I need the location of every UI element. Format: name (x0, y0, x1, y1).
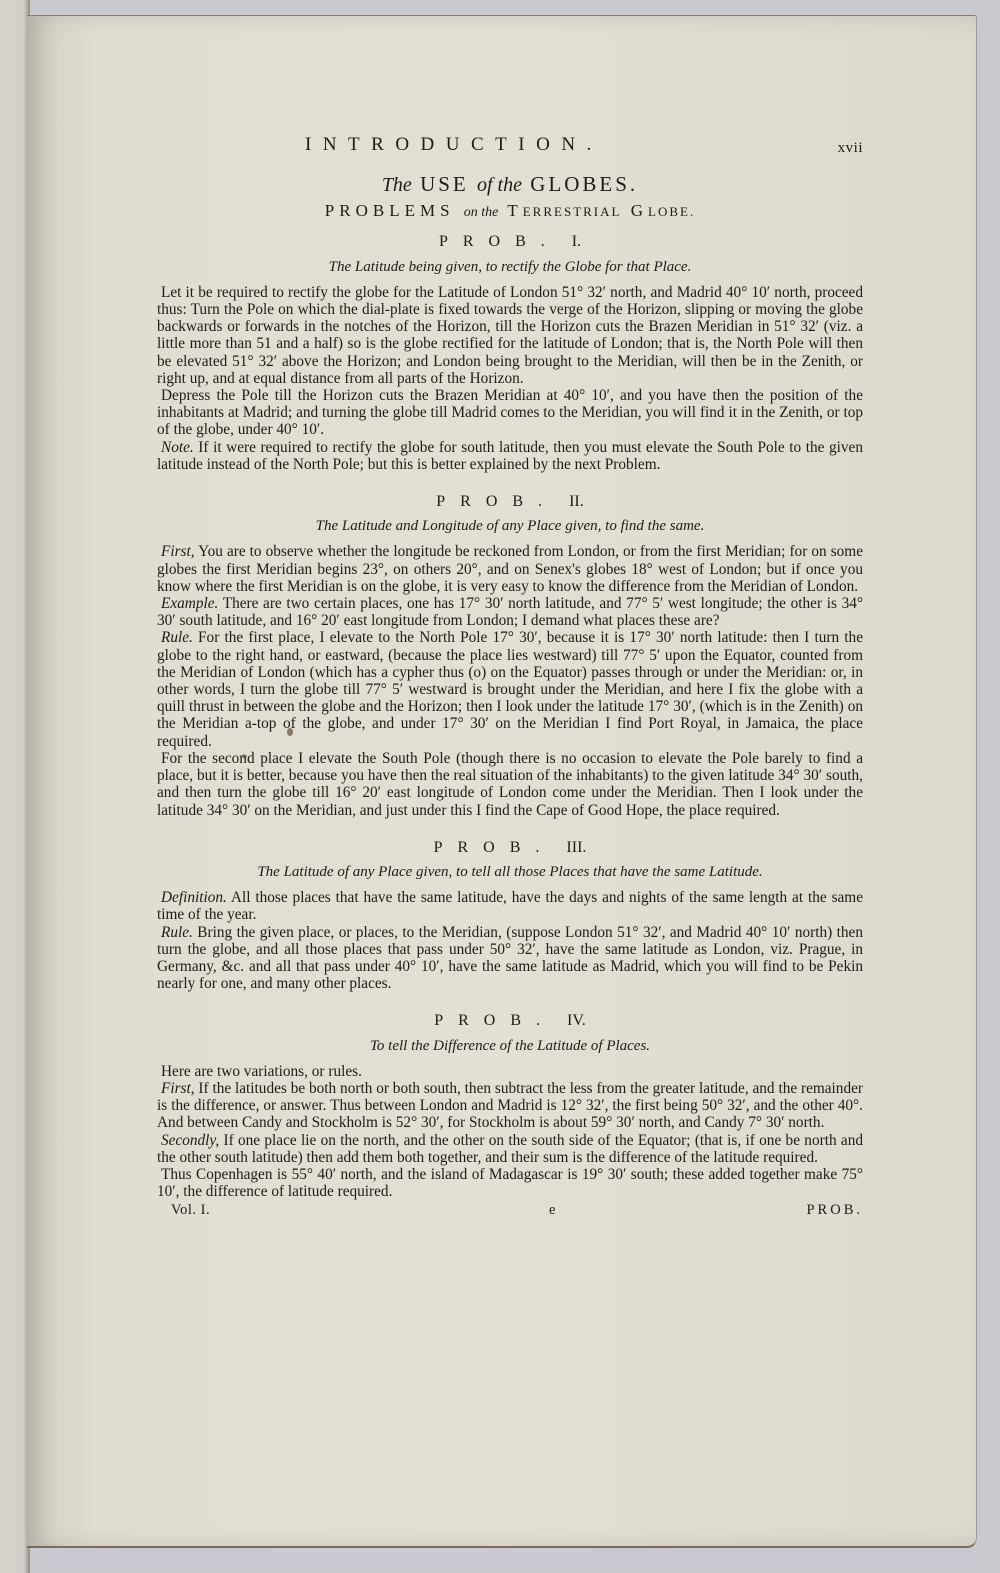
paragraph-lead: Secondly, (161, 1132, 219, 1149)
paragraph-text: You are to observe whether the longitude… (157, 543, 863, 594)
paragraph: Secondly, If one place lie on the north,… (157, 1132, 863, 1166)
title-word-use: USE (420, 172, 469, 196)
paragraph-lead: Rule. (161, 629, 193, 646)
paragraph: Definition. All those places that have t… (157, 889, 863, 923)
paragraph-lead: Note. (161, 439, 194, 456)
problem-label: PROB. (436, 493, 557, 510)
paragraph-text: There are two certain places, one has 17… (157, 595, 863, 629)
page-number: xvii (838, 140, 863, 157)
paragraph-lead: First, (161, 543, 195, 560)
problem-heading: PROB.II. (157, 493, 863, 510)
paragraph: First, If the latitudes be both north or… (157, 1080, 863, 1132)
paragraph: For the second place I elevate the South… (157, 750, 863, 819)
problem-heading: PROB.I. (157, 233, 863, 250)
catchword: PROB. (806, 1202, 863, 1219)
smallcap-initial: G (631, 201, 648, 220)
smallcap-initial: T (507, 201, 522, 220)
title-word-the: The (382, 174, 412, 196)
page-footer: Vol. I. e PROB. (157, 1202, 863, 1220)
problem-subtitle: The Latitude of any Place given, to tell… (157, 864, 863, 881)
problem-number: I. (572, 233, 581, 250)
chapter-title: The USE of the GLOBES. (157, 176, 863, 194)
problem-subtitle: The Latitude being given, to rectify the… (157, 259, 863, 276)
paragraph: Rule. For the first place, I elevate to … (157, 629, 863, 749)
paragraph-text: If it were required to rectify the globe… (157, 439, 863, 473)
paragraph-text: Bring the given place, or places, to the… (157, 924, 863, 993)
signature-mark: e (549, 1202, 555, 1219)
section-title: PROBLEMS on the TERRESTRIAL GLOBE. (157, 202, 863, 221)
problem-subtitle: To tell the Difference of the Latitude o… (157, 1038, 863, 1055)
paragraph: Let it be required to rectify the globe … (157, 284, 863, 387)
paragraph: Thus Copenhagen is 55° 40′ north, and th… (157, 1166, 863, 1200)
paragraph: Rule. Bring the given place, or places, … (157, 924, 863, 993)
section-word-problems: PROBLEMS (325, 201, 455, 220)
running-title: INTRODUCTION. (305, 136, 603, 153)
problem-number: II. (569, 493, 584, 510)
running-head: INTRODUCTION. xvii (157, 136, 863, 160)
page-content: INTRODUCTION. xvii The USE of the GLOBES… (157, 136, 863, 1220)
problem-number: III. (566, 839, 586, 856)
paragraph-text: For the first place, I elevate to the No… (157, 629, 863, 749)
smallcap-rest: LOBE. (648, 204, 695, 219)
problem-number: IV. (567, 1012, 586, 1029)
problem-heading: PROB.IV. (157, 1012, 863, 1029)
paragraph: Depress the Pole till the Horizon cuts t… (157, 387, 863, 439)
paragraph-text: If one place lie on the north, and the o… (157, 1132, 863, 1166)
paragraph-lead: Example. (161, 595, 218, 612)
problem-label: PROB. (434, 1012, 555, 1029)
paragraph: Here are two variations, or rules. (157, 1063, 863, 1080)
title-word-of-the: of the (477, 174, 522, 196)
title-word-globes: GLOBES. (530, 172, 638, 196)
section-word-on-the: on the (464, 205, 499, 220)
problem-label: PROB. (439, 233, 560, 250)
paragraph-lead: First, (161, 1080, 195, 1097)
volume-label: Vol. I. (171, 1202, 210, 1219)
smallcap-rest: ERRESTRIAL (523, 204, 622, 219)
paragraph-text: If the latitudes be both north or both s… (157, 1080, 863, 1131)
problem-label: PROB. (434, 839, 555, 856)
paragraph: Note. If it were required to rectify the… (157, 439, 863, 473)
problem-heading: PROB.III. (157, 839, 863, 856)
facing-page-edge (0, 0, 30, 1573)
paragraph: Example. There are two certain places, o… (157, 595, 863, 629)
paragraph: First, You are to observe whether the lo… (157, 543, 863, 595)
paragraph-text: All those places that have the same lati… (157, 889, 863, 923)
paragraph-lead: Rule. (161, 924, 193, 941)
paragraph-lead: Definition. (161, 889, 227, 906)
problem-subtitle: The Latitude and Longitude of any Place … (157, 518, 863, 535)
